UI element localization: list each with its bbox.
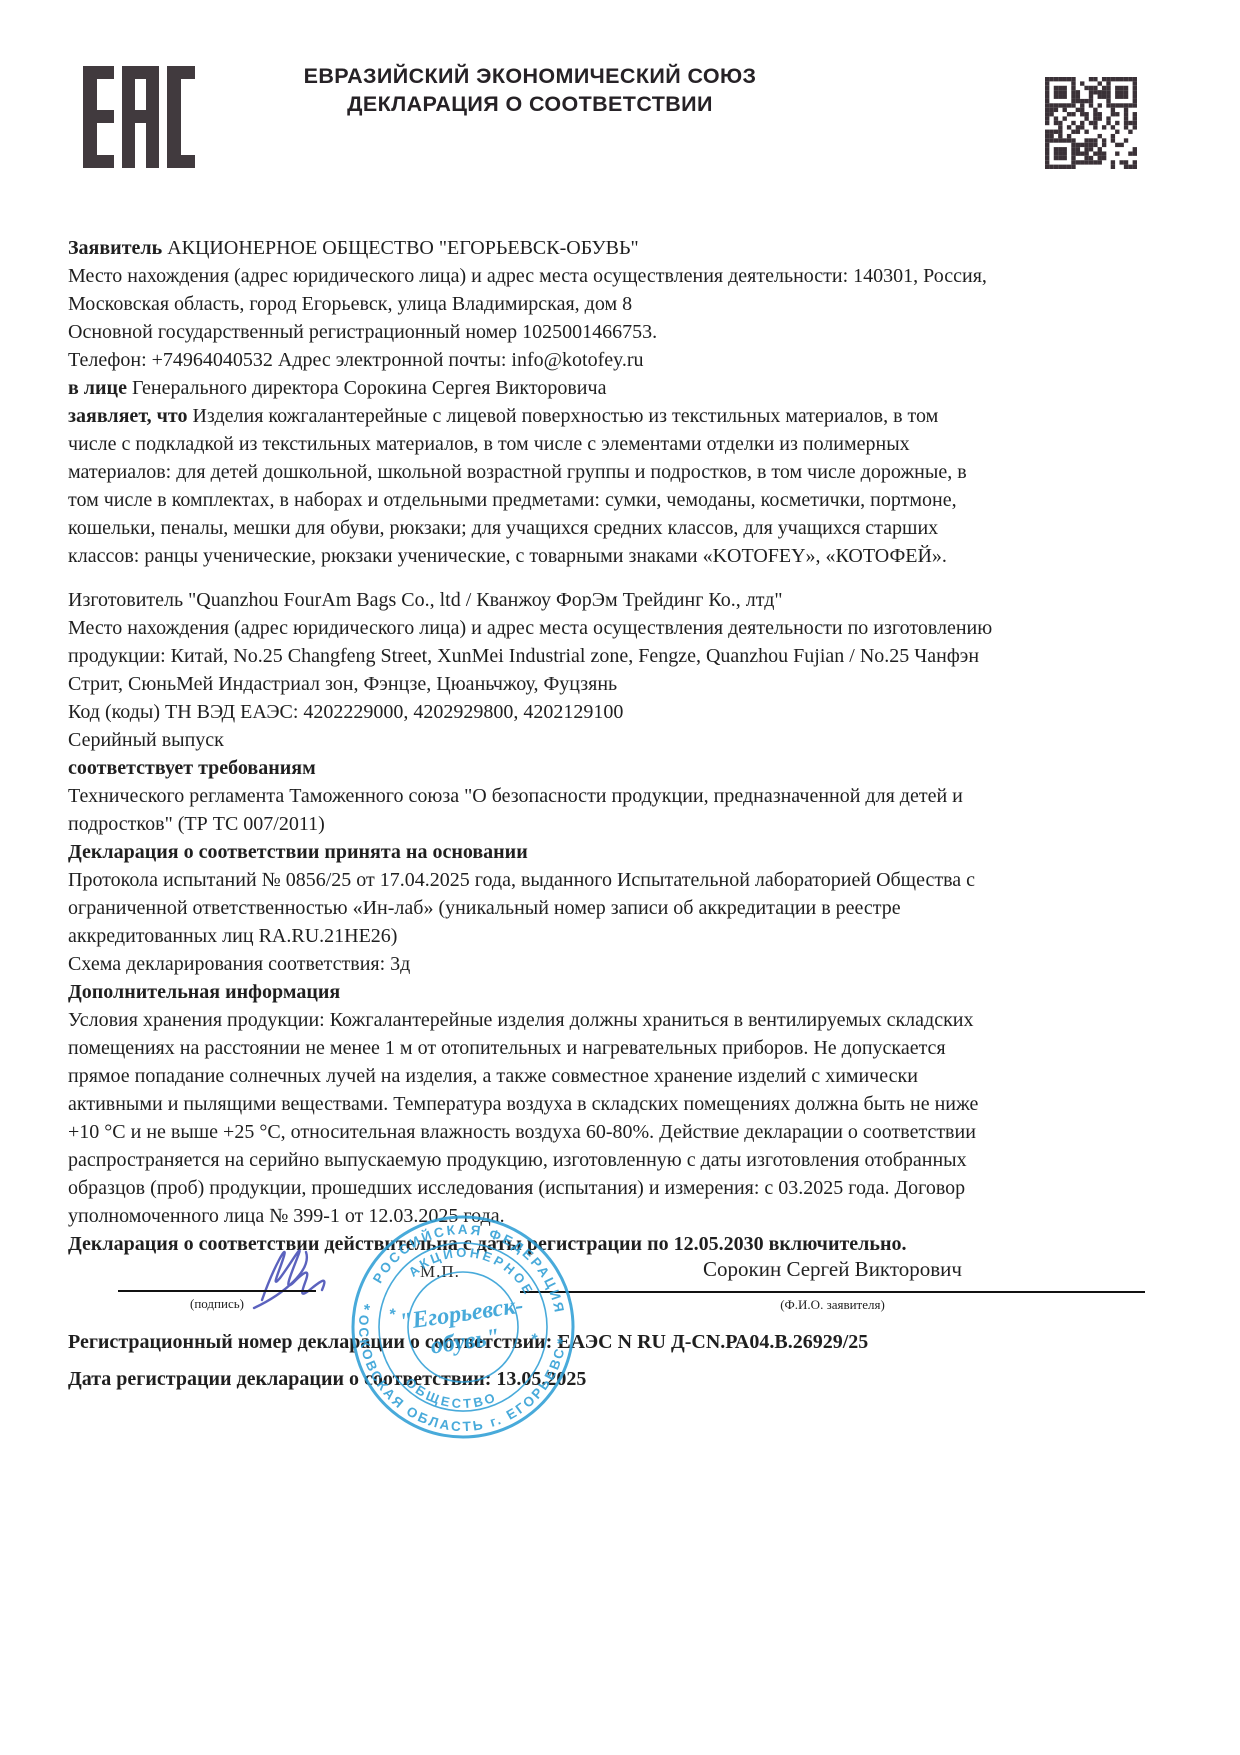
text-line: заявляет, что Изделия кожгалантерейные с…: [68, 402, 1208, 430]
text-line: активными и пылящими веществами. Темпера…: [68, 1090, 1208, 1118]
contacts-line: Телефон: +74964040532 Адрес электронной …: [68, 346, 1208, 374]
conforms-heading: соответствует требованиям: [68, 754, 1208, 782]
text-line: Условия хранения продукции: Кожгалантере…: [68, 1006, 1208, 1034]
text-line: в лице Генерального директора Сорокина С…: [68, 374, 1208, 402]
text-line: распространяется на серийно выпускаемую …: [68, 1146, 1208, 1174]
company-stamp: РОССИЙСКАЯ ФЕДЕРАЦИЯ МОСКОВСКАЯ ОБЛАСТЬ …: [347, 1211, 579, 1443]
text-line: аккредитованных лиц RA.RU.21НЕ26): [68, 922, 1208, 950]
text-line: том числе в комплектах, в наборах и отде…: [68, 486, 1208, 514]
text-line: ограниченной ответственностью «Ин-лаб» (…: [68, 894, 1208, 922]
text-line: +10 °С и не выше +25 °С, относительная в…: [68, 1118, 1208, 1146]
declaration-document: ЕВРАЗИЙСКИЙ ЭКОНОМИЧЕСКИЙ СОЮЗ ДЕКЛАРАЦИ…: [0, 0, 1240, 1755]
eac-logo: [83, 66, 195, 168]
manufacturer-address: Место нахождения (адрес юридического лиц…: [68, 614, 1208, 698]
text-line: Код (коды) ТН ВЭД ЕАЭС: 4202229000, 4202…: [68, 698, 1208, 726]
name-caption: (Ф.И.О. заявителя): [520, 1297, 1145, 1313]
document-body: Заявитель АКЦИОНЕРНОЕ ОБЩЕСТВО "ЕГОРЬЕВС…: [68, 234, 1208, 1230]
basis-heading: Декларация о соответствии принята на осн…: [68, 838, 1208, 866]
text-line: подростков" (ТР ТС 007/2011): [68, 810, 1208, 838]
text-line: Телефон: +74964040532 Адрес электронной …: [68, 346, 1208, 374]
applicant-paragraph: Заявитель АКЦИОНЕРНОЕ ОБЩЕСТВО "ЕГОРЬЕВС…: [68, 234, 1208, 262]
scheme-line: Схема декларирования соответствия: 3д: [68, 950, 1208, 978]
text-line: Московская область, город Егорьевск, ули…: [68, 290, 1208, 318]
text-line: Схема декларирования соответствия: 3д: [68, 950, 1208, 978]
text-line: помещениях на расстоянии не менее 1 м от…: [68, 1034, 1208, 1062]
applicant-address: Место нахождения (адрес юридического лиц…: [68, 262, 1208, 318]
represented-by-line: в лице Генерального директора Сорокина С…: [68, 374, 1208, 402]
declares-paragraph: заявляет, что Изделия кожгалантерейные с…: [68, 402, 1208, 570]
tnved-codes-line: Код (коды) ТН ВЭД ЕАЭС: 4202229000, 4202…: [68, 698, 1208, 726]
stamp-star-right-inner: *: [529, 1331, 539, 1349]
text-line: уполномоченного лица № 399-1 от 12.03.20…: [68, 1202, 1208, 1230]
additional-info-paragraph: Условия хранения продукции: Кожгалантере…: [68, 1006, 1208, 1230]
document-title: ЕВРАЗИЙСКИЙ ЭКОНОМИЧЕСКИЙ СОЮЗ ДЕКЛАРАЦИ…: [210, 62, 850, 118]
text-line: кошельки, пеналы, мешки для обуви, рюкза…: [68, 514, 1208, 542]
text-line: материалов: для детей дошкольной, школьн…: [68, 458, 1208, 486]
text-line: Изготовитель "Quanzhou FourAm Bags Co., …: [68, 586, 1208, 614]
text-line: Место нахождения (адрес юридического лиц…: [68, 262, 1208, 290]
title-line-1: ЕВРАЗИЙСКИЙ ЭКОНОМИЧЕСКИЙ СОЮЗ: [210, 62, 850, 90]
ogrn-line: Основной государственный регистрационный…: [68, 318, 1208, 346]
signature-caption: (подпись): [118, 1296, 316, 1312]
signature-line: [118, 1290, 316, 1292]
signer-name: Сорокин Сергей Викторович: [520, 1257, 1145, 1282]
text-line: Заявитель АКЦИОНЕРНОЕ ОБЩЕСТВО "ЕГОРЬЕВС…: [68, 234, 1208, 262]
text-line: прямое попадание солнечных лучей на изде…: [68, 1062, 1208, 1090]
stamp-star-left-inner: *: [387, 1306, 397, 1324]
text-line: Стрит, СюньМей Индастриал зон, Фэнцзе, Ц…: [68, 670, 1208, 698]
text-line: числе с подкладкой из текстильных матери…: [68, 430, 1208, 458]
issue-type-line: Серийный выпуск: [68, 726, 1208, 754]
text-line: продукции: Китай, No.25 Changfeng Street…: [68, 642, 1208, 670]
text-line: Протокола испытаний № 0856/25 от 17.04.2…: [68, 866, 1208, 894]
name-line: [520, 1291, 1145, 1293]
conforms-paragraph: Технического регламента Таможенного союз…: [68, 782, 1208, 838]
title-line-2: ДЕКЛАРАЦИЯ О СООТВЕТСТВИИ: [210, 90, 850, 118]
basis-paragraph: Протокола испытаний № 0856/25 от 17.04.2…: [68, 866, 1208, 950]
text-line: Место нахождения (адрес юридического лиц…: [68, 614, 1208, 642]
qr-code: [1045, 77, 1137, 169]
manufacturer-line: Изготовитель "Quanzhou FourAm Bags Co., …: [68, 586, 1208, 614]
text-line: Серийный выпуск: [68, 726, 1208, 754]
text-line: Технического регламента Таможенного союз…: [68, 782, 1208, 810]
text-line: классов: ранцы ученические, рюкзаки учен…: [68, 542, 1208, 570]
text-line: образцов (проб) продукции, прошедших исс…: [68, 1174, 1208, 1202]
text-line: Основной государственный регистрационный…: [68, 318, 1208, 346]
additional-info-heading: Дополнительная информация: [68, 978, 1208, 1006]
